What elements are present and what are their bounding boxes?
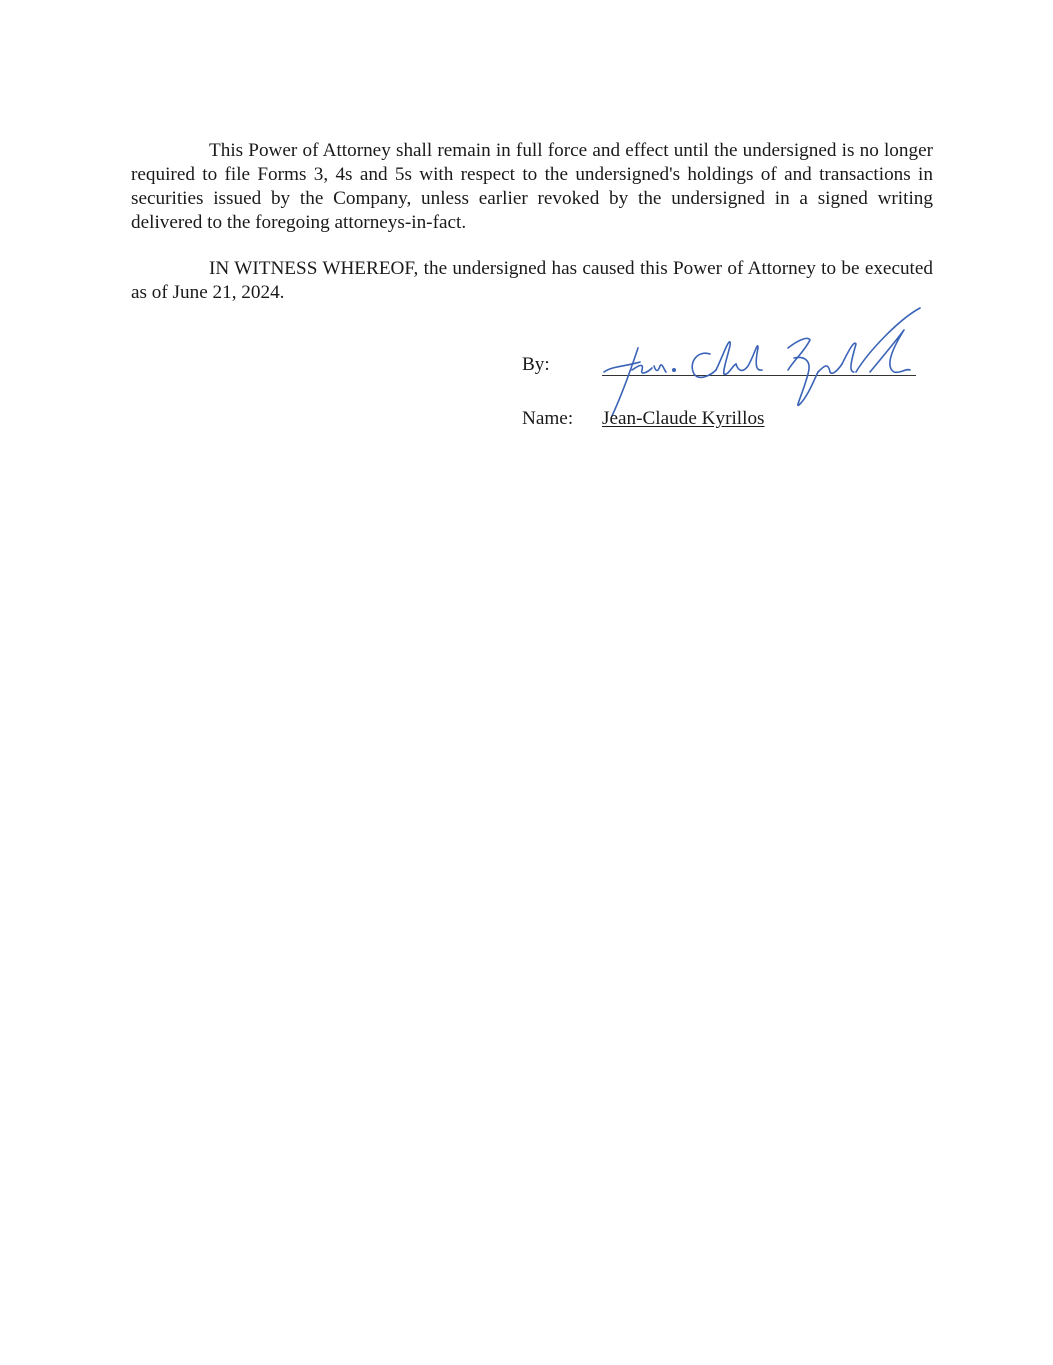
by-label: By: <box>522 353 550 377</box>
handwritten-signature-icon <box>598 300 928 420</box>
document-page: This Power of Attorney shall remain in f… <box>0 0 1053 1365</box>
witness-paragraph: IN WITNESS WHEREOF, the undersigned has … <box>131 257 933 305</box>
signer-name: Jean-Claude Kyrillos <box>602 407 765 431</box>
paragraph-text: IN WITNESS WHEREOF, the undersigned has … <box>131 258 933 303</box>
paragraph-text: This Power of Attorney shall remain in f… <box>131 140 933 233</box>
duration-paragraph: This Power of Attorney shall remain in f… <box>131 139 933 235</box>
name-label: Name: <box>522 407 573 431</box>
